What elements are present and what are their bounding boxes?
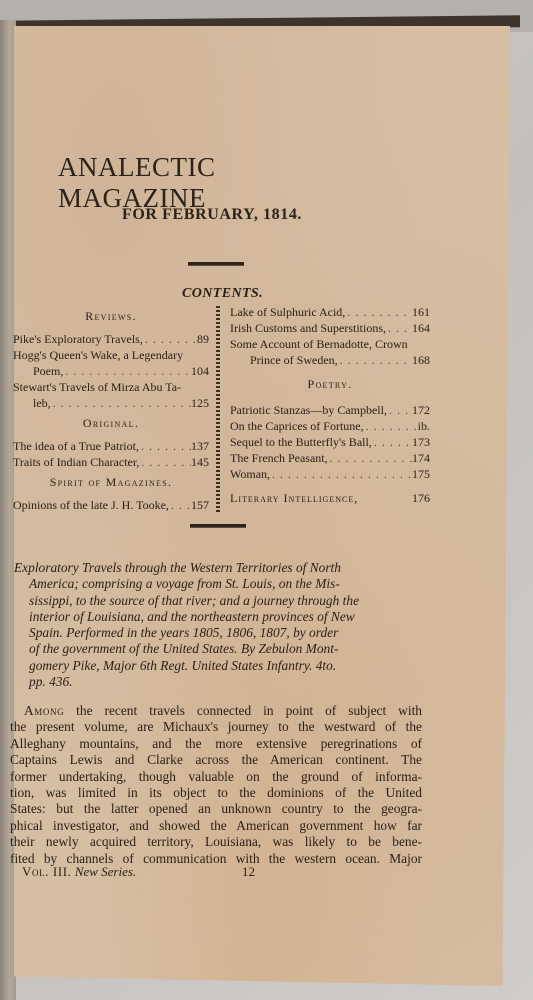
toc-entry: Traits of Indian Character,.............… [13, 454, 209, 470]
toc-entry: Stewart's Travels of Mirza Abu Ta- [13, 379, 209, 395]
body-line: States: but the latter opened an unknown… [10, 801, 422, 817]
body-line: Alleghany mountains, and the more extens… [10, 736, 422, 752]
toc-entry: leb,.........................125 [13, 395, 209, 411]
article-title-line: sissippi, to the source of that river; a… [14, 593, 424, 609]
toc-entry: Prince of Sweden,.......................… [230, 352, 430, 368]
toc-entry: Hogg's Queen's Wake, a Legendary [13, 347, 209, 363]
section-heading-poetry: Poetry. [230, 376, 430, 392]
article-title-line: Spain. Performed in the years 1805, 1806… [14, 625, 424, 641]
toc-entry: Woman,.........................175 [230, 466, 430, 482]
toc-entry: Irish Customs and Superstitions,........… [230, 320, 430, 336]
body-line: phical investigator, and showed the Amer… [10, 818, 422, 834]
ornamental-rule [190, 524, 246, 528]
article-title-line: of the government of the United States. … [14, 641, 424, 657]
column-divider-ornament [216, 306, 220, 514]
body-line: tion, was limited in its object to the d… [10, 785, 422, 801]
adjacent-page-bleed-text [0, 360, 14, 700]
body-line: their newly acquired territory, Louisian… [10, 834, 422, 850]
body-line: Among the recent travels connected in po… [10, 703, 422, 719]
toc-entry: On the Caprices of Fortune,.............… [230, 418, 430, 434]
toc-entry: The idea of a True Patriot,.............… [13, 438, 209, 454]
article-title-line: America; comprising a voyage from St. Lo… [14, 576, 424, 592]
article-title-line: gomery Pike, Major 6th Regt. United Stat… [14, 658, 424, 674]
signature-mark: 12 [242, 864, 255, 880]
volume-label: Vol. III. [22, 864, 72, 879]
contents-right-column: Lake of Sulphuric Acid,.................… [230, 304, 430, 506]
toc-entry: Opinions of the late J. H. Tooke,.......… [13, 497, 209, 513]
toc-entry: Poem,.........................104 [13, 363, 209, 379]
issue-date: FOR FEBRUARY, 1814. [122, 206, 302, 224]
contents-heading: CONTENTS. [182, 286, 263, 302]
article-title-line: pp. 436. [14, 674, 424, 690]
toc-entry: Patriotic Stanzas—by Campbell,..........… [230, 402, 430, 418]
toc-entry: The French Peasant,.....................… [230, 450, 430, 466]
body-line: Captains Lewis and Clarke across the Ame… [10, 752, 422, 768]
toc-entry: Sequel to the Butterfly's Ball,.........… [230, 434, 430, 450]
article-title: Exploratory Travels through the Western … [14, 560, 424, 690]
article-title-line: interior of Louisiana, and the northeast… [14, 609, 424, 625]
body-line: the present volume, are Michaux's journe… [10, 719, 422, 735]
magazine-title: ANALECTIC MAGAZINE [58, 152, 358, 214]
drop-word: Among [24, 703, 64, 718]
article-title-line: Exploratory Travels through the Western … [14, 560, 424, 576]
toc-entry: Pike's Exploratory Travels,.............… [13, 331, 209, 347]
toc-entry: Lake of Sulphuric Acid,.................… [230, 304, 430, 320]
contents-left-column: Reviews. Pike's Exploratory Travels,....… [13, 304, 209, 513]
section-heading-reviews: Reviews. [13, 308, 209, 324]
section-heading-spirit-of-magazines: Spirit of Magazines. [13, 474, 209, 490]
body-line: former undertaking, though valuable on t… [10, 769, 422, 785]
toc-entry: Some Account of Bernadotte, Crown [230, 336, 430, 352]
page-footer: Vol. III. New Series. 12 [22, 864, 422, 880]
series-label: New Series. [75, 864, 136, 879]
ornamental-rule [188, 262, 244, 266]
toc-entry-literary-intelligence: Literary Intelligence,..................… [230, 490, 430, 506]
article-body: Among the recent travels connected in po… [10, 703, 422, 867]
section-heading-original: Original. [13, 415, 209, 431]
